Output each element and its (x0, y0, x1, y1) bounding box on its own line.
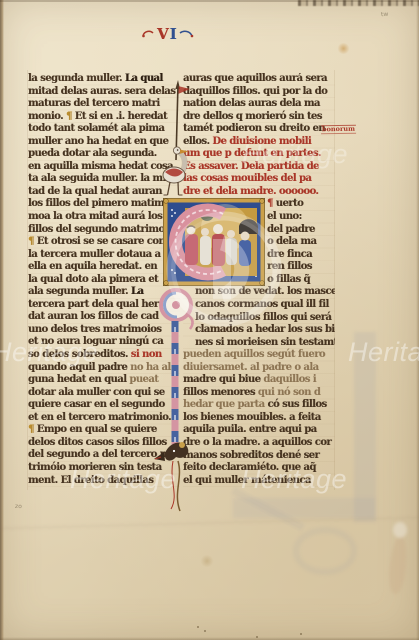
manuscript-text-line: los bienes mouibles. a feita (183, 412, 335, 425)
manuscript-text-line: pueden aquillos segút fuero (183, 349, 335, 362)
parchment-speck (256, 636, 258, 638)
verso-show-through-figure (393, 522, 407, 538)
manuscript-text-line: dre dellos q morieró sin tes (183, 111, 335, 124)
parchment-stain (337, 43, 350, 54)
manuscript-page-photo: V I la segunda muller. La qualmitad dela… (0, 0, 419, 640)
historiated-initial-miniature (163, 198, 265, 286)
manuscript-text-line: dre et dela madre. oooooo. (183, 186, 335, 199)
manuscript-text-line: lo odaquillos fillos qui será (183, 312, 335, 325)
manuscript-text-line: fillos del segundo matrimoio (28, 224, 180, 237)
chapter-heading: V I (141, 25, 195, 43)
manuscript-text-line: ella en aquila heredat. en (28, 261, 180, 274)
heading-flourish-left-icon (141, 28, 156, 40)
manuscript-text-line: daquillos fillos. qui por la do (183, 86, 335, 99)
manuscript-text-line: del padre (267, 224, 335, 237)
folio-pencil-mark: tw (381, 11, 389, 18)
manuscript-text-line: Es assaver. Dela partida de (183, 161, 335, 174)
manuscript-text-line: ren fillos (267, 261, 335, 274)
verso-show-through (293, 527, 357, 575)
manuscript-text-line: los fillos del pimero matimo (28, 198, 180, 211)
manuscript-text-line: manos sobreditos dené ser (183, 450, 335, 463)
manuscript-text-line: fillos menores qui nó son d (183, 387, 335, 400)
right-column-upper-text: auras que aquillos aurá seradaquillos fi… (183, 73, 335, 198)
manuscript-text-line: nes si morieisen sin testamt. (183, 337, 335, 350)
verso-show-through-figure (387, 535, 410, 595)
manuscript-text-line: tamét podieron su dreito en (183, 123, 335, 136)
parchment-stain (200, 555, 214, 567)
manuscript-text-line: moa la otra mitad aurá los (28, 211, 180, 224)
heading-flourish-right-icon (178, 28, 195, 40)
chapter-numeral-v: V (157, 26, 169, 42)
manuscript-text-line: diuiersamet. al padre o ala (183, 362, 335, 375)
manuscript-text-line: el qui muller mátenienca (183, 475, 335, 488)
parchment-fold-line (0, 516, 419, 530)
manuscript-text-line: um que p defunt en partes. (183, 148, 335, 161)
manuscript-text-line: hedar que parta có sus fillos (183, 399, 335, 412)
parchment-speck (300, 633, 302, 635)
margin-rubric-note: bonorum (321, 125, 356, 135)
manuscript-text-line: el uno: (267, 211, 335, 224)
folio-pencil-mark: zo (15, 503, 22, 510)
parchment-speck (204, 630, 206, 632)
photo-edge-left (0, 0, 4, 640)
right-column-lower-text: non son de vedat. los mascercanos corman… (183, 286, 335, 487)
manuscript-text-line: aquila puila. entre aqui pa (183, 424, 335, 437)
manuscript-text-line: clamados a hedar los sus bie (183, 324, 335, 337)
manuscript-text-line: auras que aquillos aurá sera (183, 73, 335, 86)
manuscript-text-line: o dela ma (267, 236, 335, 249)
manuscript-text-line: nation delas auras dela ma (183, 98, 335, 111)
pen-flourished-initial (152, 283, 204, 513)
manuscript-text-line: ellos. De diuisione mobili (183, 136, 335, 149)
manuscript-text-line: madre qui biue daquillos i (183, 374, 335, 387)
manuscript-text-line: feito declaramiéto. que aq̃ (183, 462, 335, 475)
manuscript-text-line: ¶ uerto (267, 198, 335, 211)
manuscript-text-line: las cosas mouibles del pa (183, 173, 335, 186)
manuscript-text-line: la tercera muller dotaua a (28, 249, 180, 262)
parchment-speck (197, 626, 199, 628)
verso-show-through (354, 332, 376, 522)
chapter-numeral-i: I (170, 26, 177, 42)
manuscript-text-line: dre finca (267, 249, 335, 262)
manuscript-text-line: o fillas q̃ (267, 274, 335, 287)
manuscript-text-line: dre o la madre. a aquillos cor (183, 437, 335, 450)
cropped-top-inscription (298, 0, 419, 6)
manuscript-text-line: non son de vedat. los mascer (183, 286, 335, 299)
manuscript-text-line: canos cormanos qual ill fil (183, 299, 335, 312)
manuscript-text-line: ¶ Et otrosi se se casare con (28, 236, 180, 249)
marginal-bird-drollery-icon (152, 80, 200, 200)
